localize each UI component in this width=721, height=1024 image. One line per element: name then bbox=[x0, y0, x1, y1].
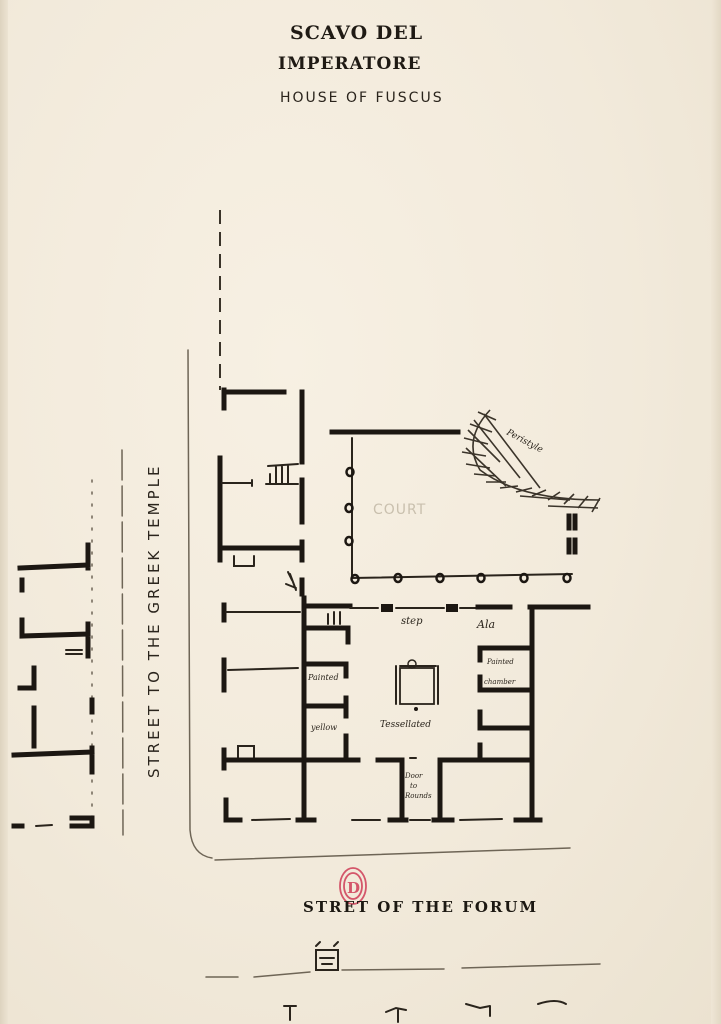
east-rooms bbox=[434, 607, 588, 820]
house-subtitle: HOUSE OF FUSCUS bbox=[280, 90, 444, 106]
court-label: COURT bbox=[373, 502, 426, 518]
step-pier-left bbox=[381, 604, 393, 612]
title-line-1: SCAVO DEL bbox=[290, 22, 423, 44]
side-rooms bbox=[304, 606, 350, 758]
peristyle-pillar bbox=[569, 516, 575, 528]
door-label-3: Rounds bbox=[404, 792, 432, 800]
yellow-room-label: yellow bbox=[310, 723, 337, 732]
west-street-edge bbox=[122, 450, 123, 835]
peristyle-pillar-2 bbox=[569, 540, 575, 552]
court-columns bbox=[346, 468, 571, 583]
peristyle-label: Peristyle bbox=[504, 427, 545, 455]
forum-street-edge bbox=[215, 848, 570, 860]
tessellated-label: Tessellated bbox=[380, 720, 431, 730]
south-building-fragment bbox=[206, 942, 600, 1022]
painted-chamber-label-2: chamber bbox=[484, 678, 516, 686]
peristyle-hatching bbox=[462, 410, 600, 512]
painted-room-label: Painted bbox=[307, 673, 339, 682]
step-label: step bbox=[401, 616, 423, 627]
step-pier-right bbox=[446, 604, 458, 612]
street-south-label: STRET OF THE FORUM bbox=[303, 898, 538, 916]
painted-chamber-label-1: Painted bbox=[486, 658, 514, 666]
door-label-2: to bbox=[410, 782, 417, 790]
door-label-1: Door bbox=[404, 772, 423, 780]
drawing-sheet: SCAVO DEL IMPERATORE HOUSE OF FUSCUS STR… bbox=[0, 0, 721, 1024]
ala-label: Ala bbox=[476, 618, 495, 631]
floor-plan: SCAVO DEL IMPERATORE HOUSE OF FUSCUS STR… bbox=[0, 0, 721, 1024]
title-line-2: IMPERATORE bbox=[278, 54, 421, 74]
impluvium bbox=[396, 660, 438, 711]
street-corner-curve bbox=[188, 350, 212, 858]
street-west-label: STREET TO THE GREEK TEMPLE bbox=[145, 464, 163, 778]
stamp-letter: D bbox=[347, 879, 360, 897]
west-building-fragment bbox=[14, 545, 92, 826]
entrance-passage bbox=[352, 758, 430, 820]
